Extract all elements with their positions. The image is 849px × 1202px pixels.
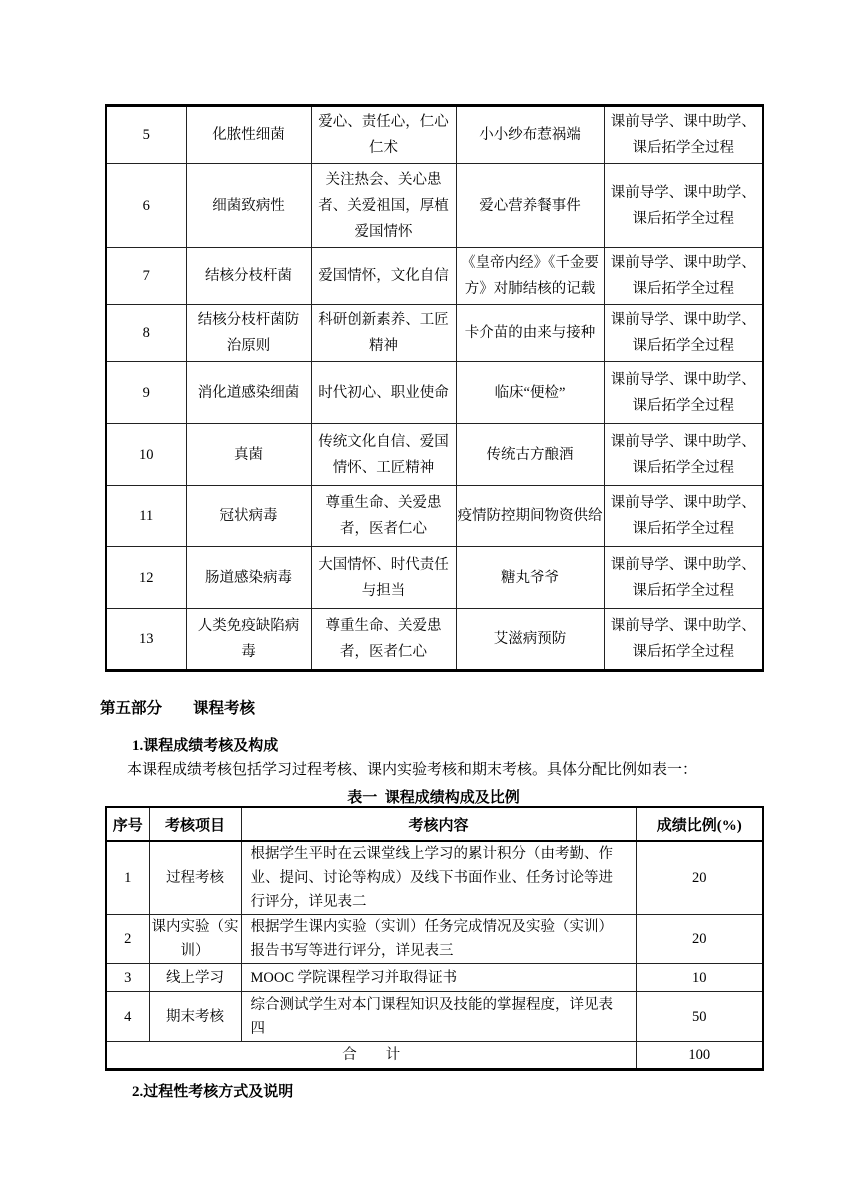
- total-label-cell: 合 计: [106, 1042, 636, 1070]
- content-title-cell: 细菌致病性: [186, 164, 311, 248]
- header-content: 考核内容: [241, 807, 636, 841]
- table-row: 3线上学习MOOC 学院课程学习并取得证书10: [106, 964, 763, 992]
- teaching-process-cell: 课前导学、课中助学、课后拓学全过程: [604, 164, 763, 248]
- item-cell: 线上学习: [149, 964, 241, 992]
- teaching-process-cell: 课前导学、课中助学、课后拓学全过程: [604, 609, 763, 671]
- teaching-process-cell: 课前导学、课中助学、课后拓学全过程: [604, 248, 763, 305]
- seq-cell: 6: [106, 164, 186, 248]
- seq-cell: 8: [106, 305, 186, 362]
- seq-cell: 13: [106, 609, 186, 671]
- ideology-elements-cell: 大国情怀、时代责任与担当: [311, 547, 456, 609]
- seq-cell: 12: [106, 547, 186, 609]
- teaching-process-cell: 课前导学、课中助学、课后拓学全过程: [604, 305, 763, 362]
- case-cell: 传统古方酿酒: [456, 424, 604, 486]
- content-cell: MOOC 学院课程学习并取得证书: [241, 964, 636, 992]
- subheading-process-assessment: 2.过程性考核方式及说明: [132, 1080, 293, 1101]
- table-row: 12肠道感染病毒大国情怀、时代责任与担当糖丸爷爷课前导学、课中助学、课后拓学全过…: [106, 547, 763, 609]
- case-cell: 临床“便检”: [456, 362, 604, 424]
- content-title-cell: 人类免疫缺陷病毒: [186, 609, 311, 671]
- subheading-grade-composition: 1.课程成绩考核及构成: [132, 734, 278, 755]
- seq-cell: 9: [106, 362, 186, 424]
- content-title-cell: 真菌: [186, 424, 311, 486]
- ratio-cell: 10: [636, 964, 763, 992]
- ideology-elements-cell: 爱心、责任心，仁心仁术: [311, 106, 456, 164]
- total-row: 合 计100: [106, 1042, 763, 1070]
- table-row: 9消化道感染细菌时代初心、职业使命临床“便检”课前导学、课中助学、课后拓学全过程: [106, 362, 763, 424]
- ideology-elements-cell: 科研创新素养、工匠精神: [311, 305, 456, 362]
- table-row: 11冠状病毒尊重生命、关爱患者，医者仁心疫情防控期间物资供给课前导学、课中助学、…: [106, 486, 763, 547]
- case-cell: 《皇帝内经》《千金要方》对肺结核的记载: [456, 248, 604, 305]
- table-row: 5化脓性细菌爱心、责任心，仁心仁术小小纱布惹祸端课前导学、课中助学、课后拓学全过…: [106, 106, 763, 164]
- table-row: 8结核分枝杆菌防治原则科研创新素养、工匠精神卡介苗的由来与接种课前导学、课中助学…: [106, 305, 763, 362]
- case-cell: 糖丸爷爷: [456, 547, 604, 609]
- ratio-cell: 20: [636, 915, 763, 964]
- ratio-cell: 50: [636, 992, 763, 1042]
- teaching-process-cell: 课前导学、课中助学、课后拓学全过程: [604, 424, 763, 486]
- intro-paragraph: 本课程成绩考核包括学习过程考核、课内实验考核和期末考核。具体分配比例如表一：: [127, 758, 697, 779]
- content-title-cell: 结核分枝杆菌: [186, 248, 311, 305]
- case-cell: 爱心营养餐事件: [456, 164, 604, 248]
- ideology-elements-table: 5化脓性细菌爱心、责任心，仁心仁术小小纱布惹祸端课前导学、课中助学、课后拓学全过…: [105, 104, 764, 672]
- content-cell: 根据学生平时在云课堂线上学习的累计积分（由考勤、作业、提问、讨论等构成）及线下书…: [241, 841, 636, 915]
- document-page: 5化脓性细菌爱心、责任心，仁心仁术小小纱布惹祸端课前导学、课中助学、课后拓学全过…: [0, 0, 849, 1202]
- seq-cell: 2: [106, 915, 149, 964]
- seq-cell: 4: [106, 992, 149, 1042]
- table1-caption: 表一 课程成绩构成及比例: [105, 786, 762, 807]
- teaching-process-cell: 课前导学、课中助学、课后拓学全过程: [604, 106, 763, 164]
- case-cell: 小小纱布惹祸端: [456, 106, 604, 164]
- seq-cell: 11: [106, 486, 186, 547]
- ideology-elements-cell: 爱国情怀，文化自信: [311, 248, 456, 305]
- item-cell: 课内实验（实训）: [149, 915, 241, 964]
- content-title-cell: 结核分枝杆菌防治原则: [186, 305, 311, 362]
- seq-cell: 7: [106, 248, 186, 305]
- table-row: 4期末考核综合测试学生对本门课程知识及技能的掌握程度，详见表四50: [106, 992, 763, 1042]
- ratio-cell: 20: [636, 841, 763, 915]
- content-title-cell: 消化道感染细菌: [186, 362, 311, 424]
- item-cell: 过程考核: [149, 841, 241, 915]
- section-heading: 第五部分 课程考核: [100, 696, 255, 718]
- content-title-cell: 化脓性细菌: [186, 106, 311, 164]
- ideology-elements-cell: 尊重生命、关爱患者，医者仁心: [311, 609, 456, 671]
- seq-cell: 5: [106, 106, 186, 164]
- ideology-elements-cell: 时代初心、职业使命: [311, 362, 456, 424]
- ideology-table-body: 5化脓性细菌爱心、责任心，仁心仁术小小纱布惹祸端课前导学、课中助学、课后拓学全过…: [106, 106, 763, 671]
- table-row: 1过程考核根据学生平时在云课堂线上学习的累计积分（由考勤、作业、提问、讨论等构成…: [106, 841, 763, 915]
- case-cell: 艾滋病预防: [456, 609, 604, 671]
- content-title-cell: 肠道感染病毒: [186, 547, 311, 609]
- teaching-process-cell: 课前导学、课中助学、课后拓学全过程: [604, 362, 763, 424]
- seq-cell: 3: [106, 964, 149, 992]
- teaching-process-cell: 课前导学、课中助学、课后拓学全过程: [604, 547, 763, 609]
- ideology-elements-cell: 尊重生命、关爱患者，医者仁心: [311, 486, 456, 547]
- table-row: 10真菌传统文化自信、爱国情怀、工匠精神传统古方酿酒课前导学、课中助学、课后拓学…: [106, 424, 763, 486]
- table-row: 2课内实验（实训）根据学生课内实验（实训）任务完成情况及实验（实训）报告书写等进…: [106, 915, 763, 964]
- assessment-table-header: 序号 考核项目 考核内容 成绩比例(%): [106, 807, 763, 841]
- case-cell: 疫情防控期间物资供给: [456, 486, 604, 547]
- header-row: 序号 考核项目 考核内容 成绩比例(%): [106, 807, 763, 841]
- ideology-elements-cell: 关注热会、关心患者、关爱祖国，厚植爱国情怀: [311, 164, 456, 248]
- ideology-elements-cell: 传统文化自信、爱国情怀、工匠精神: [311, 424, 456, 486]
- header-item: 考核项目: [149, 807, 241, 841]
- table-row: 6细菌致病性关注热会、关心患者、关爱祖国，厚植爱国情怀爱心营养餐事件课前导学、课…: [106, 164, 763, 248]
- case-cell: 卡介苗的由来与接种: [456, 305, 604, 362]
- content-title-cell: 冠状病毒: [186, 486, 311, 547]
- content-cell: 根据学生课内实验（实训）任务完成情况及实验（实训）报告书写等进行评分，详见表三: [241, 915, 636, 964]
- header-ratio: 成绩比例(%): [636, 807, 763, 841]
- assessment-table-body: 1过程考核根据学生平时在云课堂线上学习的累计积分（由考勤、作业、提问、讨论等构成…: [106, 841, 763, 1070]
- seq-cell: 1: [106, 841, 149, 915]
- content-cell: 综合测试学生对本门课程知识及技能的掌握程度，详见表四: [241, 992, 636, 1042]
- total-value-cell: 100: [636, 1042, 763, 1070]
- table-row: 13人类免疫缺陷病毒尊重生命、关爱患者，医者仁心艾滋病预防课前导学、课中助学、课…: [106, 609, 763, 671]
- assessment-table: 序号 考核项目 考核内容 成绩比例(%) 1过程考核根据学生平时在云课堂线上学习…: [105, 806, 764, 1071]
- teaching-process-cell: 课前导学、课中助学、课后拓学全过程: [604, 486, 763, 547]
- header-seq: 序号: [106, 807, 149, 841]
- table-row: 7结核分枝杆菌爱国情怀，文化自信《皇帝内经》《千金要方》对肺结核的记载课前导学、…: [106, 248, 763, 305]
- seq-cell: 10: [106, 424, 186, 486]
- item-cell: 期末考核: [149, 992, 241, 1042]
